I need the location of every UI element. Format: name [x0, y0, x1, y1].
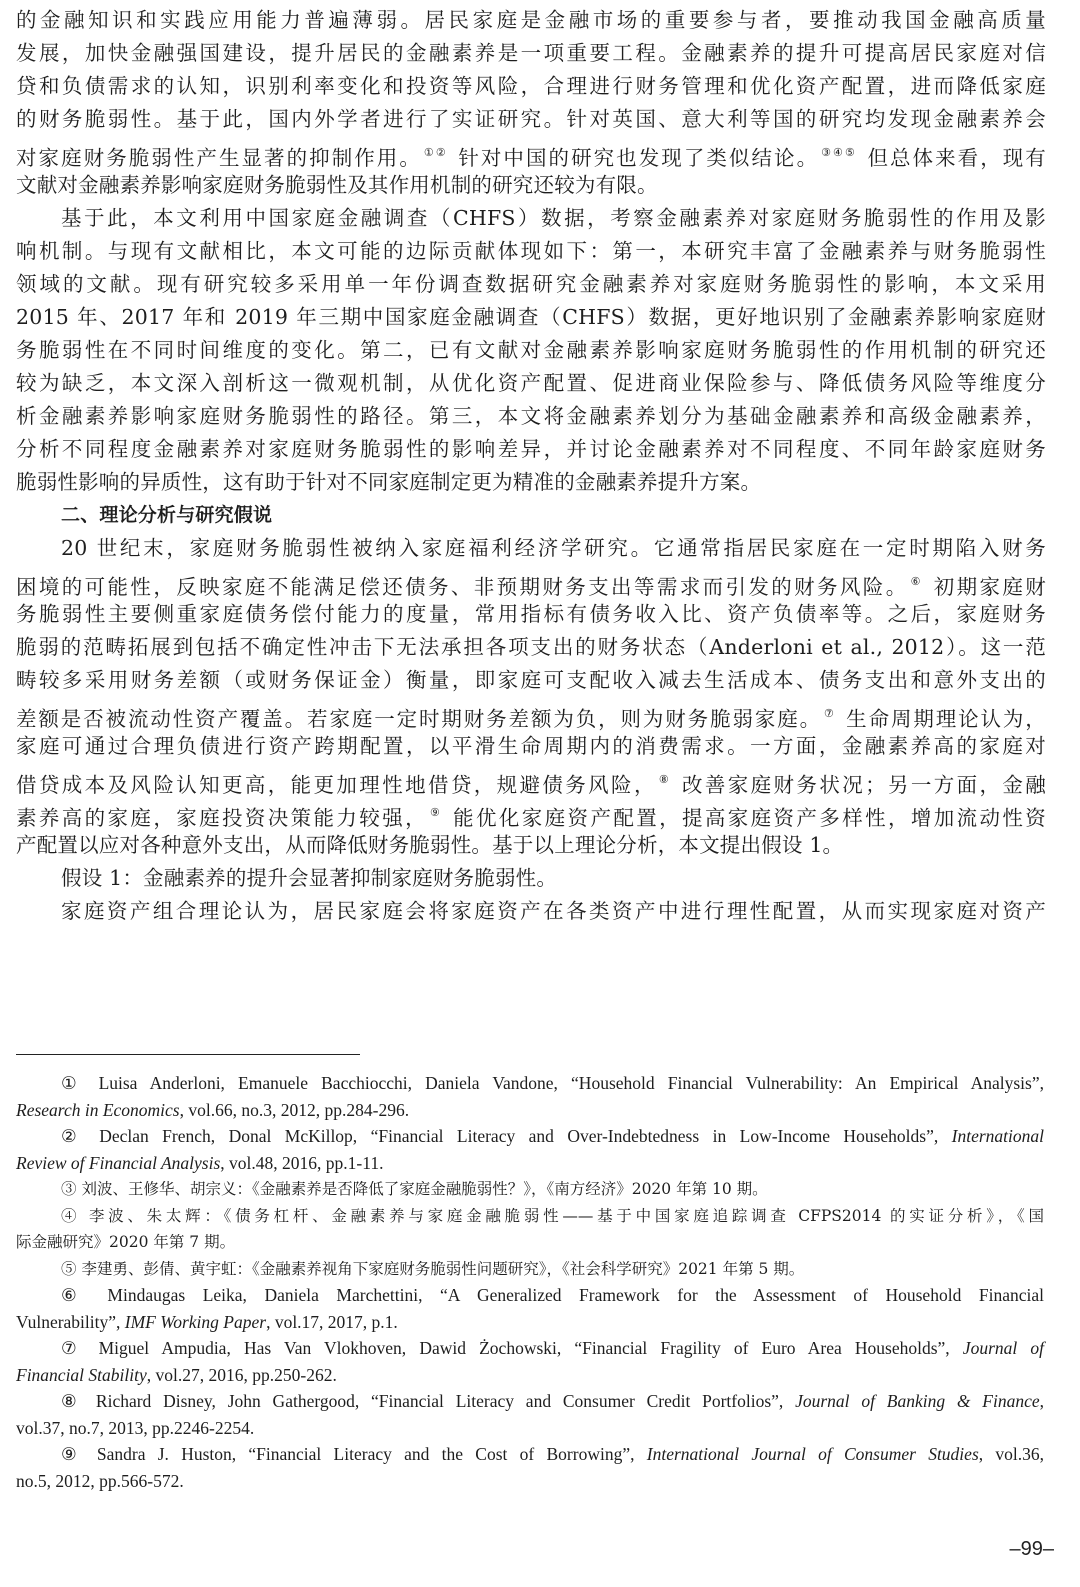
text-line: 务脆弱性在不同时间维度的变化。第二，已有文献对金融素养影响家庭财务脆弱性的作用机… [16, 334, 1046, 367]
footnote-2-cont: Review of Financial Analysis, vol.48, 20… [16, 1150, 1044, 1177]
text-line: 借贷成本及风险认知更高，能更加理性地借贷，规避债务风险，⑧ 改善家庭财务状况；另… [16, 763, 1046, 796]
footnote-5: ⑤ 李建勇、彭倩、黄宇虹：《金融素养视角下家庭财务脆弱性问题研究》，《社会科学研… [16, 1256, 1044, 1283]
footnote-6-cont: Vulnerability”, IMF Working Paper, vol.1… [16, 1309, 1044, 1336]
footnote-9: ⑨ Sandra J. Huston, “Financial Literacy … [16, 1441, 1044, 1468]
footnote-ref[interactable]: ⑦ [822, 707, 838, 720]
footnote-ref[interactable]: ⑨ [428, 806, 444, 819]
document-page: 的金融知识和实践应用能力普遍薄弱。居民家庭是金融市场的重要参与者，要推动我国金融… [0, 0, 1080, 1587]
footnote-ref[interactable]: ①② [422, 146, 450, 159]
footnote-9-cont: no.5, 2012, pp.566-572. [16, 1468, 1044, 1495]
paragraph-1: 的金融知识和实践应用能力普遍薄弱。居民家庭是金融市场的重要参与者，要推动我国金融… [16, 4, 1046, 202]
text-line: 素养高的家庭，家庭投资决策能力较强，⑨ 能优化家庭资产配置，提高家庭资产多样性，… [16, 796, 1046, 829]
text-line: 析金融素养影响家庭财务脆弱性的路径。第三，本文将金融素养划分为基础金融素养和高级… [16, 400, 1046, 433]
text-line: 分析不同程度金融素养对家庭财务脆弱性的影响差异，并讨论金融素养对不同程度、不同年… [16, 433, 1046, 466]
footnote-4-cont: 际金融研究》2020 年第 7 期。 [16, 1229, 1044, 1256]
text-line: 响机制。与现有文献相比，本文可能的边际贡献体现如下：第一，本研究丰富了金融素养与… [16, 235, 1046, 268]
text-line: 2015 年、2017 年和 2019 年三期中国家庭金融调查（CHFS）数据，… [16, 301, 1046, 334]
page-number: –99– [1010, 1538, 1055, 1561]
text-line: 困境的可能性，反映家庭不能满足偿还债务、非预期财务支出等需求而引发的财务风险。⑥… [16, 565, 1046, 598]
text-line: 20 世纪末，家庭财务脆弱性被纳入家庭福利经济学研究。它通常指居民家庭在一定时期… [16, 532, 1046, 565]
footnote-2: ② Declan French, Donal McKillop, “Financ… [16, 1123, 1044, 1150]
footnotes: ① Luisa Anderloni, Emanuele Bacchiocchi,… [16, 1070, 1044, 1494]
paragraph-3: 20 世纪末，家庭财务脆弱性被纳入家庭福利经济学研究。它通常指居民家庭在一定时期… [16, 532, 1046, 862]
paragraph-4-start: 家庭资产组合理论认为，居民家庭会将家庭资产在各类资产中进行理性配置，从而实现家庭… [16, 895, 1046, 928]
footnote-1: ① Luisa Anderloni, Emanuele Bacchiocchi,… [16, 1070, 1044, 1097]
main-body-text: 的金融知识和实践应用能力普遍薄弱。居民家庭是金融市场的重要参与者，要推动我国金融… [16, 4, 1046, 928]
footnote-ref[interactable]: ③④⑤ [819, 146, 859, 159]
text-line: 的金融知识和实践应用能力普遍薄弱。居民家庭是金融市场的重要参与者，要推动我国金融… [16, 4, 1046, 37]
footnote-8-cont: vol.37, no.7, 2013, pp.2246-2254. [16, 1415, 1044, 1442]
text-line: 务脆弱性主要侧重家庭债务偿付能力的度量，常用指标有债务收入比、资产负债率等。之后… [16, 598, 1046, 631]
hypothesis-1: 假设 1：金融素养的提升会显著抑制家庭财务脆弱性。 [16, 862, 1046, 895]
text-line: 基于此，本文利用中国家庭金融调查（CHFS）数据，考察金融素养对家庭财务脆弱性的… [16, 202, 1046, 235]
text-line: 畴较多采用财务差额（或财务保证金）衡量，即家庭可支配收入减去生活成本、债务支出和… [16, 664, 1046, 697]
footnote-4: ④ 李波、朱太辉：《债务杠杆、金融素养与家庭金融脆弱性——基于中国家庭追踪调查 … [16, 1203, 1044, 1230]
footnote-1-cont: Research in Economics, vol.66, no.3, 201… [16, 1097, 1044, 1124]
footnote-3: ③ 刘波、王修华、胡宗义：《金融素养是否降低了家庭金融脆弱性？》，《南方经济》2… [16, 1176, 1044, 1203]
footnote-ref[interactable]: ⑥ [909, 575, 925, 588]
paragraph-2: 基于此，本文利用中国家庭金融调查（CHFS）数据，考察金融素养对家庭财务脆弱性的… [16, 202, 1046, 499]
footnote-7: ⑦ Miguel Ampudia, Has Van Vlokhoven, Daw… [16, 1335, 1044, 1362]
text-line: 脆弱的范畴拓展到包括不确定性冲击下无法承担各项支出的财务状态（Anderloni… [16, 631, 1046, 664]
footnote-7-cont: Financial Stability, vol.27, 2016, pp.25… [16, 1362, 1044, 1389]
text-line: 贷和负债需求的认知，识别利率变化和投资等风险，合理进行财务管理和优化资产配置，进… [16, 70, 1046, 103]
text-line: 产配置以应对各种意外支出，从而降低财务脆弱性。基于以上理论分析，本文提出假设 1… [16, 829, 1046, 862]
footnote-divider [16, 1054, 360, 1055]
footnote-8: ⑧ Richard Disney, John Gathergood, “Fina… [16, 1388, 1044, 1415]
footnote-6: ⑥ Mindaugas Leika, Daniela Marchettini, … [16, 1282, 1044, 1309]
text-line: 脆弱性影响的异质性，这有助于针对不同家庭制定更为精准的金融素养提升方案。 [16, 466, 1046, 499]
text-line: 的财务脆弱性。基于此，国内外学者进行了实证研究。针对英国、意大利等国的研究均发现… [16, 103, 1046, 136]
text-line: 对家庭财务脆弱性产生显著的抑制作用。①② 针对中国的研究也发现了类似结论。③④⑤… [16, 136, 1046, 169]
text-line: 领域的文献。现有研究较多采用单一年份调查数据研究金融素养对家庭财务脆弱性的影响，… [16, 268, 1046, 301]
footnote-ref[interactable]: ⑧ [657, 773, 673, 786]
text-line: 差额是否被流动性资产覆盖。若家庭一定时期财务差额为负，则为财务脆弱家庭。⑦ 生命… [16, 697, 1046, 730]
text-line: 文献对金融素养影响家庭财务脆弱性及其作用机制的研究还较为有限。 [16, 169, 1046, 202]
text-line: 较为缺乏，本文深入剖析这一微观机制，从优化资产配置、促进商业保险参与、降低债务风… [16, 367, 1046, 400]
text-line: 发展，加快金融强国建设，提升居民的金融素养是一项重要工程。金融素养的提升可提高居… [16, 37, 1046, 70]
section-heading: 二、理论分析与研究假说 [16, 499, 1046, 532]
text-line: 家庭可通过合理负债进行资产跨期配置，以平滑生命周期内的消费需求。一方面，金融素养… [16, 730, 1046, 763]
